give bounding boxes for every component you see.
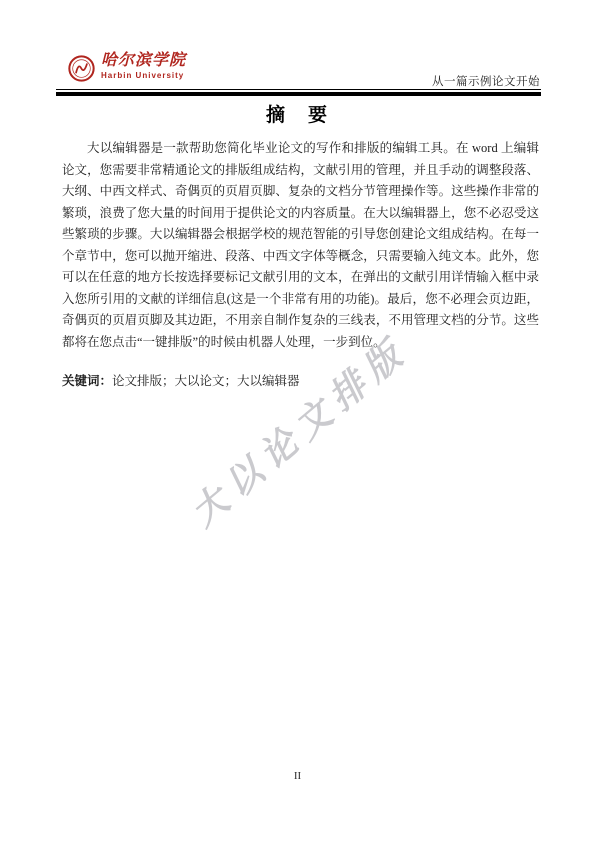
keywords-value: 论文排版；大以论文；大以编辑器 [112, 374, 300, 388]
header-running-title: 从一篇示例论文开始 [432, 73, 540, 89]
university-name-en: Harbin University [101, 70, 186, 81]
university-seal-icon [68, 55, 95, 82]
university-name-block: 哈尔滨学院 Harbin University [101, 52, 186, 81]
page-number: II [0, 770, 595, 782]
watermark-text: 大以论文排版 [178, 324, 418, 537]
keywords-label: 关键词： [62, 374, 112, 388]
abstract-paragraph: 大以编辑器是一款帮助您简化毕业论文的写作和排版的编辑工具。在 word 上编辑论… [62, 138, 539, 353]
document-page: 哈尔滨学院 Harbin University 从一篇示例论文开始 摘 要 大以… [0, 0, 595, 842]
university-logo: 哈尔滨学院 Harbin University [68, 52, 186, 82]
page-title: 摘 要 [0, 100, 595, 127]
keywords-line: 关键词：论文排版；大以论文；大以编辑器 [62, 371, 539, 393]
header-rule-thin [56, 89, 541, 90]
header-rule-thick [56, 92, 541, 96]
university-name-cn: 哈尔滨学院 [101, 52, 186, 70]
